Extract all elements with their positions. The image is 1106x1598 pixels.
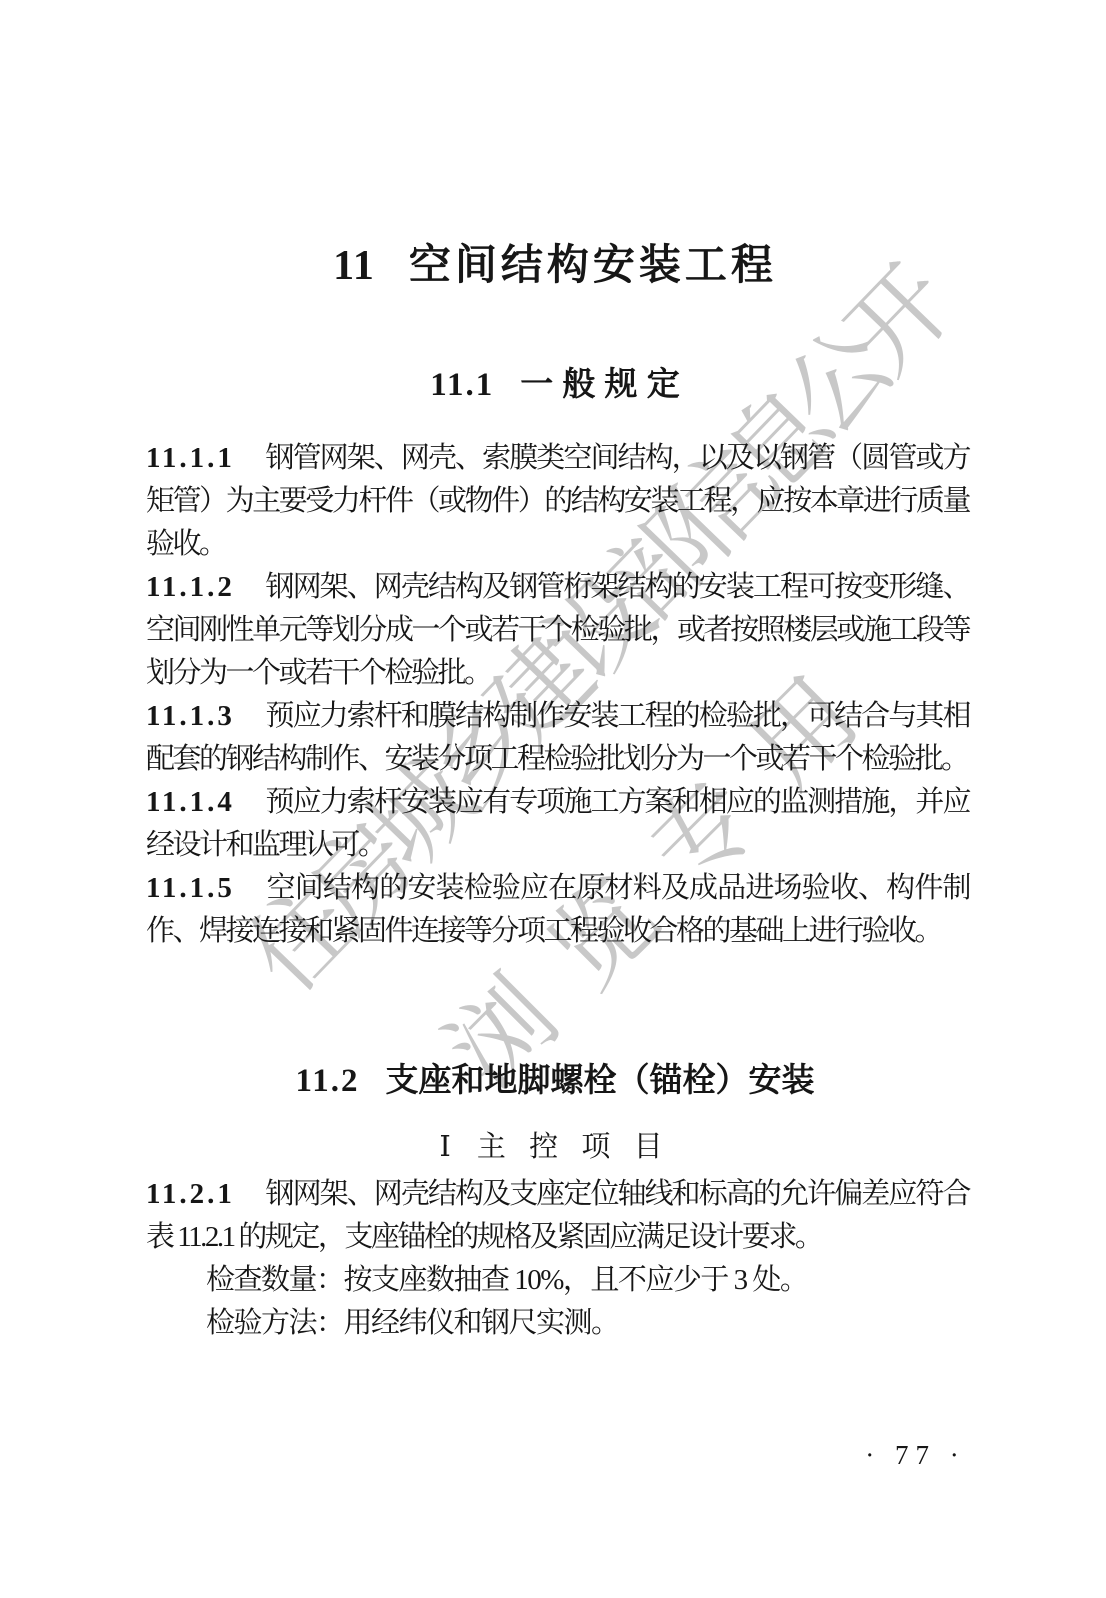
clause-number: 11.2.1 [146,1178,235,1210]
clause-11-1-1: 11.1.1钢管网架、网壳、索膜类空间结构，以及以钢管（圆管或方矩管）为主要受力… [146,437,969,566]
clause-number: 11.1.4 [146,786,235,818]
clause-text: 钢网架、网壳结构及支座定位轴线和标高的允许偏差应符合表 11.2.1 的规定，支… [146,1178,969,1253]
clause-number: 11.1.3 [146,700,235,732]
section-11-2-body: 11.2.1钢网架、网壳结构及支座定位轴线和标高的允许偏差应符合表 11.2.1… [146,1173,969,1345]
subheading-master-control-items: Ⅰ主 控 项 目 [146,1128,964,1166]
clause-11-1-5: 11.1.5空间结构的安装检验应在原材料及成品进场验收、构件制作、焊接连接和紧固… [146,867,969,953]
section-11-2-number: 11.2 [296,1063,360,1099]
page-number: · 77 · [823,1438,1008,1472]
section-11-2-title: 支座和地脚螺栓（锚栓）安装 [385,1061,814,1098]
clause-number: 11.1.5 [146,872,235,904]
subheading-title: 主 控 项 目 [477,1131,671,1163]
clause-11-2-1: 11.2.1钢网架、网壳结构及支座定位轴线和标高的允许偏差应符合表 11.2.1… [146,1173,969,1259]
clause-number: 11.1.1 [146,442,235,474]
clause-text: 钢网架、网壳结构及钢管桁架结构的安装工程可按变形缝、空间刚性单元等划分成一个或若… [146,571,969,689]
section-11-1-number: 11.1 [430,367,494,403]
clause-text: 钢管网架、网壳、索膜类空间结构，以及以钢管（圆管或方矩管）为主要受力杆件（或物件… [146,442,969,560]
section-11-1-body: 11.1.1钢管网架、网壳、索膜类空间结构，以及以钢管（圆管或方矩管）为主要受力… [146,437,969,953]
clause-number: 11.1.2 [146,571,235,603]
clause-11-1-4: 11.1.4预应力索杆安装应有专项施工方案和相应的监测措施，并应经设计和监理认可… [146,781,969,867]
chapter-title-text: 空间结构安装工程 [409,243,777,289]
clause-text: 预应力索杆和膜结构制作安装工程的检验批，可结合与其相配套的钢结构制作、安装分项工… [146,700,969,775]
subheading-numeral: Ⅰ [439,1131,450,1163]
chapter-number: 11 [333,243,375,289]
check-method-note: 检验方法：用经纬仪和钢尺实测。 [146,1302,969,1345]
clause-11-1-2: 11.1.2钢网架、网壳结构及钢管桁架结构的安装工程可按变形缝、空间刚性单元等划… [146,566,969,695]
section-11-1-title: 一 般 规 定 [520,365,680,402]
page-content: 11空间结构安装工程 11.1一 般 规 定 11.1.1钢管网架、网壳、索膜类… [0,0,1106,1598]
clause-11-1-3: 11.1.3预应力索杆和膜结构制作安装工程的检验批，可结合与其相配套的钢结构制作… [146,695,969,781]
chapter-title: 11空间结构安装工程 [146,238,964,294]
clause-text: 空间结构的安装检验应在原材料及成品进场验收、构件制作、焊接连接和紧固件连接等分项… [146,872,969,947]
document-page: 住房城乡建设部信息公开 浏览专用 11空间结构安装工程 11.1一 般 规 定 … [0,0,1106,1598]
section-heading-11-1: 11.1一 般 规 定 [146,364,964,405]
section-heading-11-2: 11.2支座和地脚螺栓（锚栓）安装 [146,1060,964,1101]
check-quantity-note: 检查数量：按支座数抽查 10%，且不应少于 3 处。 [146,1259,969,1302]
clause-text: 预应力索杆安装应有专项施工方案和相应的监测措施，并应经设计和监理认可。 [146,786,969,861]
